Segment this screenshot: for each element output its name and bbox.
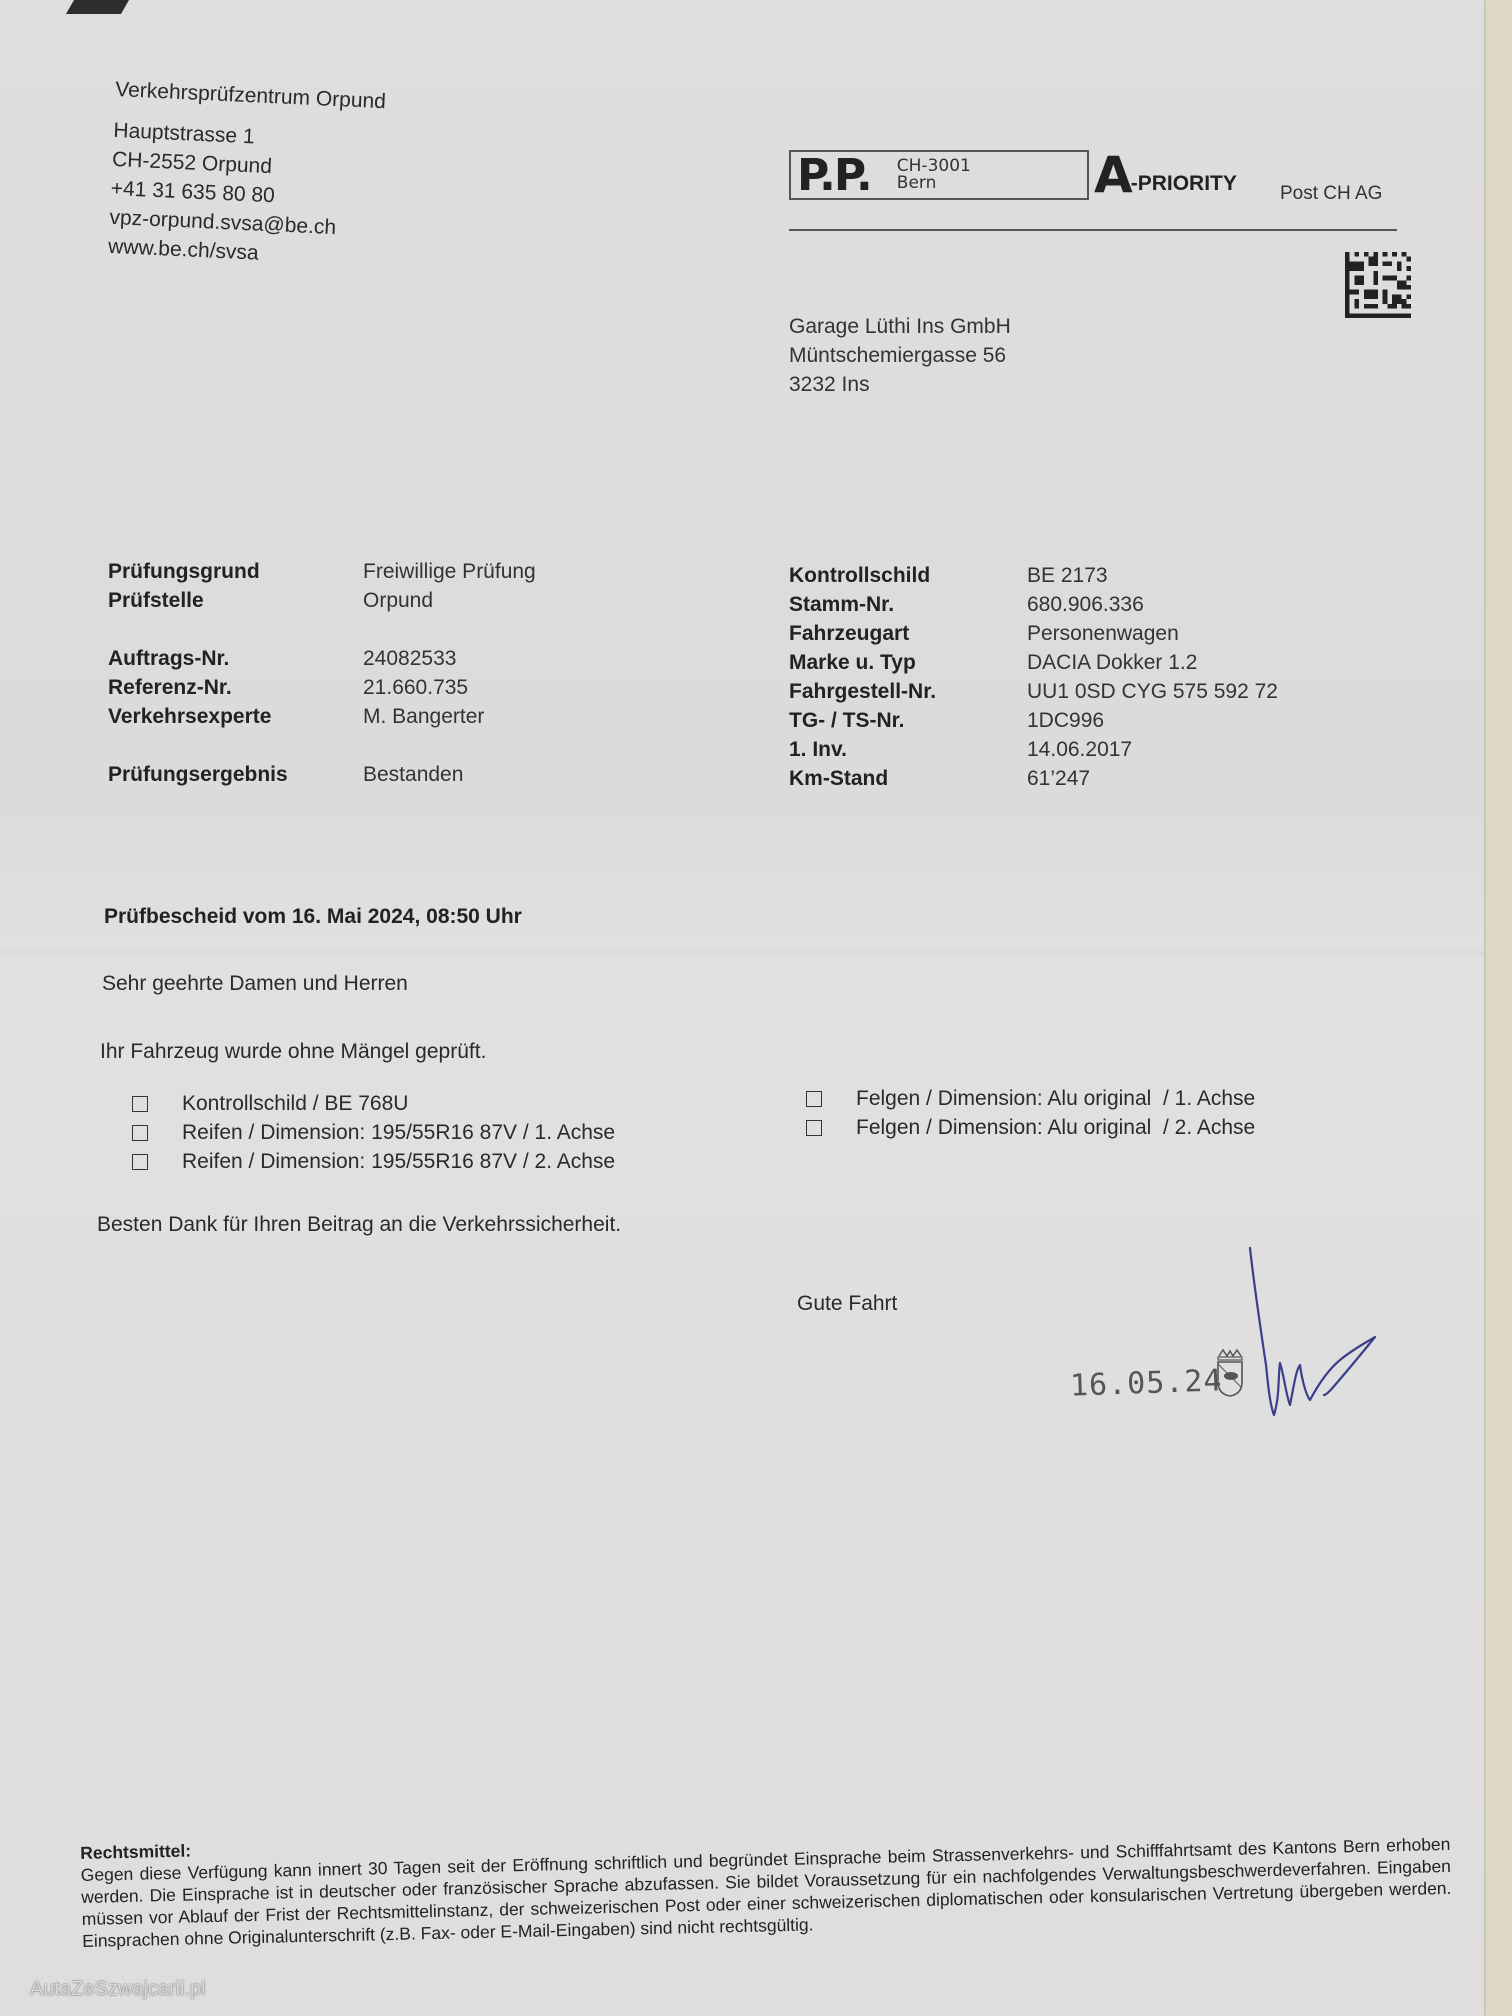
field-value: Freiwillige Prüfung [363,557,536,586]
sender-organization: Verkehrsprüfzentrum Orpund [115,75,387,116]
field-row: Km-Stand61’247 [789,764,1278,793]
field-value: 61’247 [1027,764,1090,793]
field-label: Auftrags-Nr. [108,644,363,673]
checklist-label: Kontrollschild / BE 768U [182,1089,408,1118]
field-value: Personenwagen [1027,619,1179,648]
field-value: M. Bangerter [363,702,484,731]
field-label: Km-Stand [789,764,1027,793]
checkbox-icon [132,1154,148,1170]
paper-fold [0,948,1484,958]
checkbox-icon [132,1125,148,1141]
field-row: PrüfungsgrundFreiwillige Prüfung [108,557,536,586]
checklist-label: Felgen / Dimension: Alu original / 2. Ac… [856,1113,1255,1142]
recipient-street: Müntschemiergasse 56 [789,341,1011,370]
field-row: PrüfungsergebnisBestanden [108,760,536,789]
datamatrix-code-icon [1345,252,1411,318]
pp-place: CH-3001 Bern [897,158,971,192]
checklist-item: Reifen / Dimension: 195/55R16 87V / 1. A… [132,1118,615,1147]
result-value: Bestanden [363,760,463,789]
field-label: Kontrollschild [789,561,1027,590]
field-row: FahrzeugartPersonenwagen [789,619,1278,648]
checklist-right: Felgen / Dimension: Alu original / 1. Ac… [806,1084,1255,1142]
recipient-name: Garage Lüthi Ins GmbH [789,312,1011,341]
recipient-address: Garage Lüthi Ins GmbH Müntschemiergasse … [789,312,1011,399]
field-label: Prüfungsgrund [108,557,363,586]
legal-remedies: Rechtsmittel: Gegen diese Verfügung kann… [80,1811,1452,1952]
field-value: 24082533 [363,644,456,673]
postal-carrier: Post CH AG [1280,183,1382,205]
field-value: BE 2173 [1027,561,1108,590]
checklist-item: Reifen / Dimension: 195/55R16 87V / 2. A… [132,1147,615,1176]
thanks-text: Besten Dank für Ihren Beitrag an die Ver… [97,1213,621,1237]
field-value: Orpund [363,586,433,615]
field-row: 1. Inv.14.06.2017 [789,735,1278,764]
inspection-details: PrüfungsgrundFreiwillige Prüfung Prüfste… [108,557,536,789]
checklist-item: Felgen / Dimension: Alu original / 1. Ac… [806,1084,1255,1113]
letter-page: Verkehrsprüfzentrum Orpund Hauptstrasse … [0,0,1484,2016]
checkbox-icon [806,1091,822,1107]
field-row: Auftrags-Nr.24082533 [108,644,536,673]
salutation: Sehr geehrte Damen und Herren [102,972,408,996]
field-row: PrüfstelleOrpund [108,586,536,615]
checklist-item: Kontrollschild / BE 768U [132,1089,615,1118]
field-row: Stamm-Nr.680.906.336 [789,590,1278,619]
pp-postage-box: P.P. CH-3001 Bern [789,150,1089,200]
decision-headline: Prüfbescheid vom 16. Mai 2024, 08:50 Uhr [104,905,522,929]
field-row: Marke u. TypDACIA Dokker 1.2 [789,648,1278,677]
checklist-label: Felgen / Dimension: Alu original / 1. Ac… [856,1084,1255,1113]
closing-text: Gute Fahrt [797,1292,897,1316]
field-label: Verkehrsexperte [108,702,363,731]
field-label: Referenz-Nr. [108,673,363,702]
sender-address: Verkehrsprüfzentrum Orpund Hauptstrasse … [108,75,387,273]
corner-mark [66,0,129,14]
priority-letter: A [1094,150,1133,200]
field-row: KontrollschildBE 2173 [789,561,1278,590]
checklist-left: Kontrollschild / BE 768U Reifen / Dimens… [132,1089,615,1176]
field-row: VerkehrsexperteM. Bangerter [108,702,536,731]
field-value: 680.906.336 [1027,590,1144,619]
field-row: Referenz-Nr.21.660.735 [108,673,536,702]
postage-divider [789,229,1397,231]
field-label: Stamm-Nr. [789,590,1027,619]
checklist-label: Reifen / Dimension: 195/55R16 87V / 2. A… [182,1147,615,1176]
field-value: UU1 0SD CYG 575 592 72 [1027,677,1278,706]
field-label: TG- / TS-Nr. [789,706,1027,735]
field-value: 14.06.2017 [1027,735,1132,764]
date-stamp: 16.05.24 [1069,1363,1223,1403]
vehicle-details: KontrollschildBE 2173 Stamm-Nr.680.906.3… [789,561,1278,793]
checkbox-icon [806,1120,822,1136]
field-label: Marke u. Typ [789,648,1027,677]
intro-text: Ihr Fahrzeug wurde ohne Mängel geprüft. [100,1040,486,1064]
priority-mark: A -PRIORITY [1094,150,1237,200]
watermark: AutaZeSzwajcarii.pl [30,1978,206,2001]
checklist-label: Reifen / Dimension: 195/55R16 87V / 1. A… [182,1118,615,1147]
pp-city: Bern [897,173,937,193]
recipient-city: 3232 Ins [789,370,1011,399]
field-row: Fahrgestell-Nr.UU1 0SD CYG 575 592 72 [789,677,1278,706]
field-label: 1. Inv. [789,735,1027,764]
pp-mark: P.P. [797,150,871,201]
field-label: Fahrgestell-Nr. [789,677,1027,706]
field-value: 21.660.735 [363,673,468,702]
checkbox-icon [132,1096,148,1112]
priority-label: -PRIORITY [1131,172,1237,196]
field-value: 1DC996 [1027,706,1104,735]
field-row: TG- / TS-Nr.1DC996 [789,706,1278,735]
field-label: Prüfstelle [108,586,363,615]
checklist-item: Felgen / Dimension: Alu original / 2. Ac… [806,1113,1255,1142]
field-label: Fahrzeugart [789,619,1027,648]
signature [1240,1245,1380,1420]
field-value: DACIA Dokker 1.2 [1027,648,1197,677]
field-label: Prüfungsergebnis [108,760,363,789]
